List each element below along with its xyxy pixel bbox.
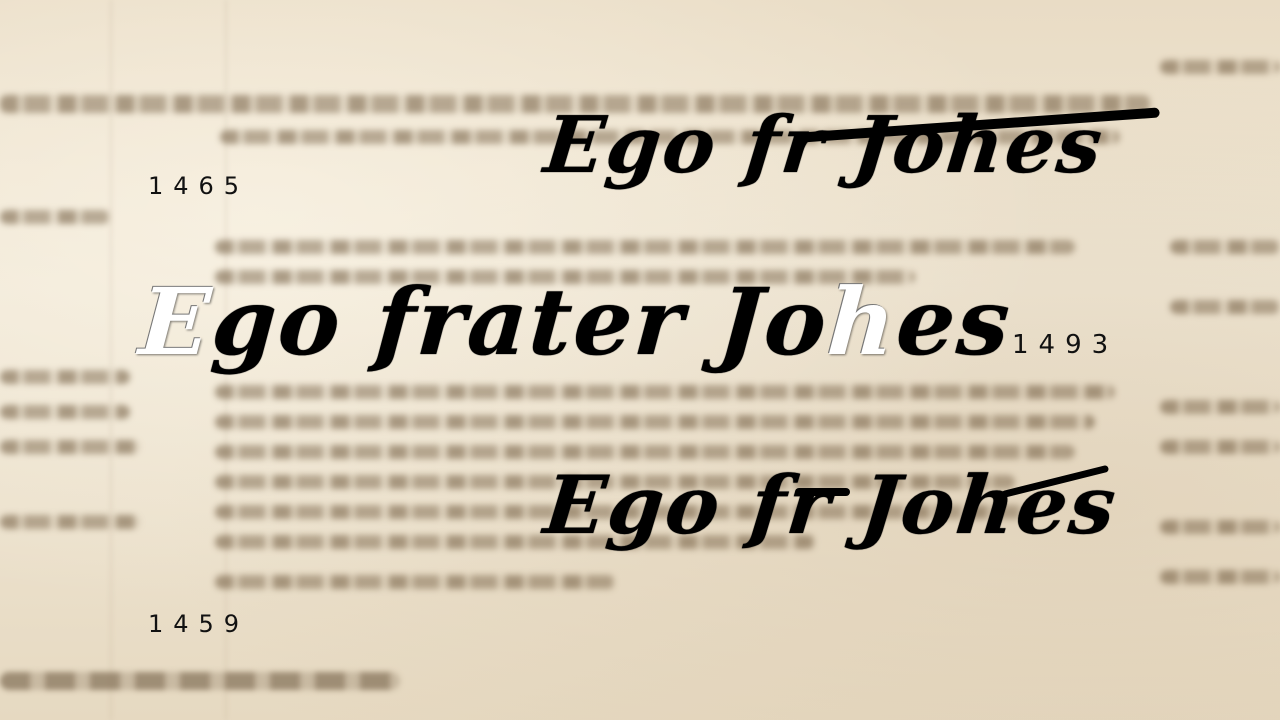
decorative-flourish bbox=[0, 672, 400, 690]
date-label: 1459 bbox=[148, 610, 249, 638]
signature-text: Ego fr Johes bbox=[540, 458, 1122, 552]
date-label: 1493 bbox=[1012, 330, 1118, 360]
signature-text-end: es bbox=[893, 268, 1015, 376]
highlighted-letter-h: h bbox=[824, 268, 900, 376]
signature-1459: Ego fr Johes bbox=[540, 458, 1122, 552]
date-label: 1465 bbox=[148, 172, 249, 200]
signature-1465: Ego fr Johes bbox=[540, 100, 1108, 191]
abbreviation-stroke bbox=[795, 488, 850, 496]
signature-text: go frater Jo bbox=[208, 268, 831, 376]
signature-1493: Ego frater Johes bbox=[136, 268, 1015, 376]
signature-text: Ego fr Johes bbox=[540, 100, 1108, 191]
highlighted-capital-e: E bbox=[136, 268, 216, 376]
